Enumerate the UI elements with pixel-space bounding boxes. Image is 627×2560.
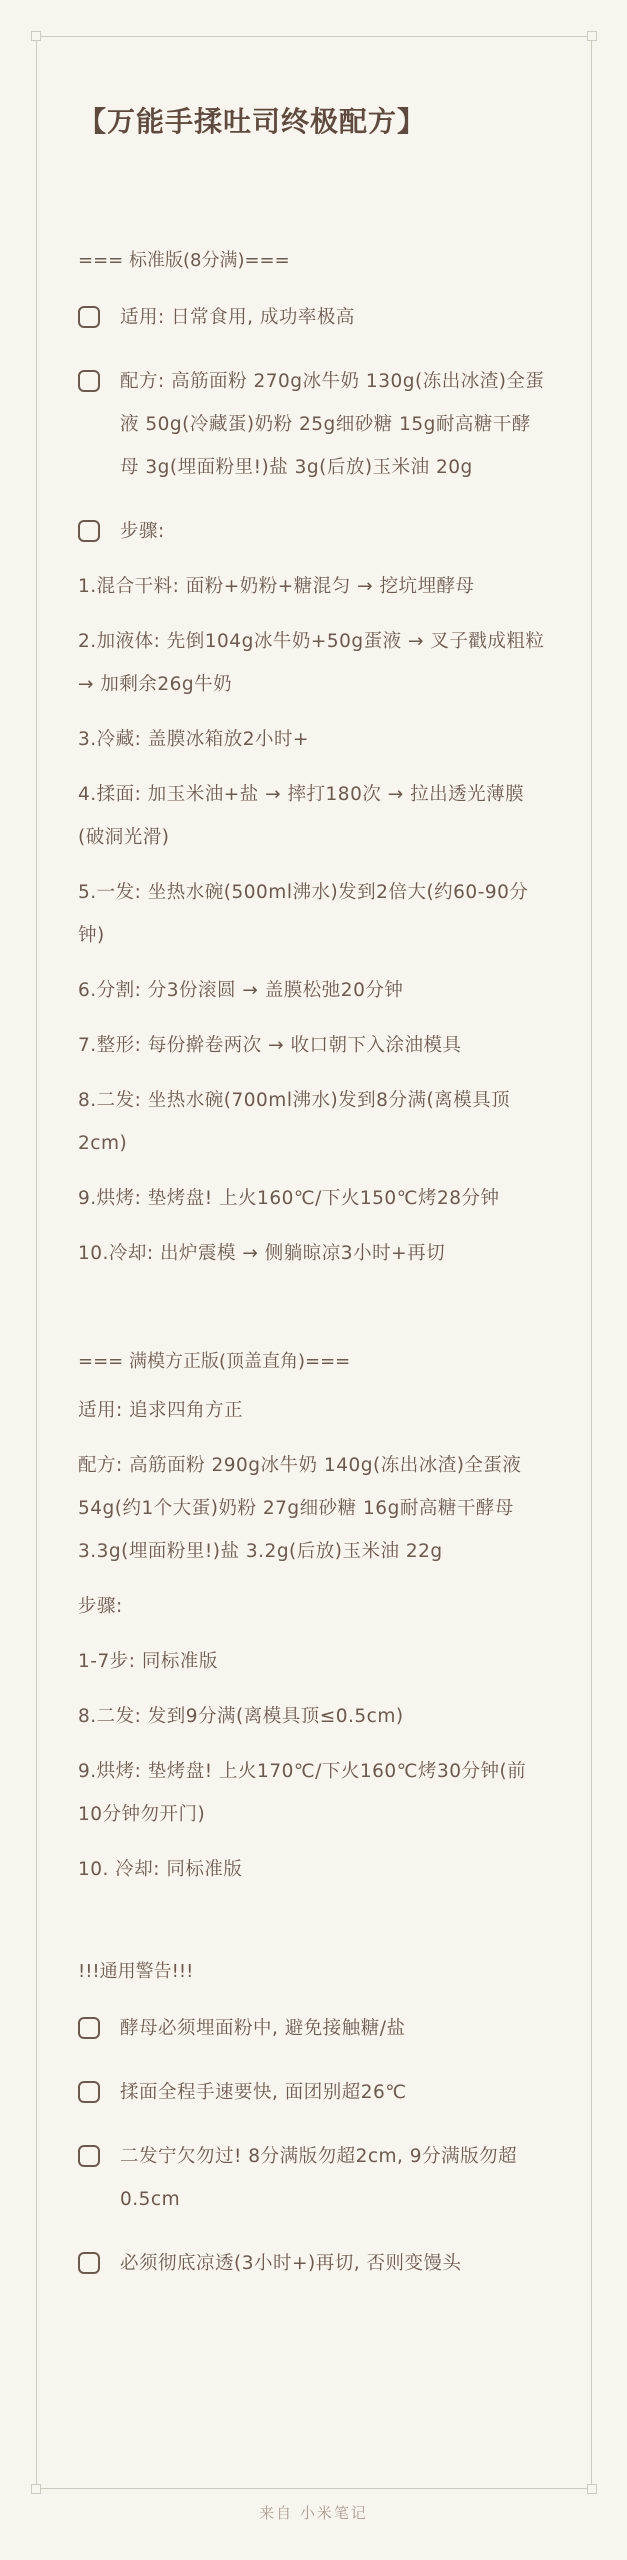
step-line: 10.冷却: 出炉震模 → 侧躺晾凉3小时+再切 — [78, 1232, 548, 1275]
step-line: 5.一发: 坐热水碗(500ml沸水)发到2倍大(约60-90分钟) — [78, 871, 548, 957]
note-title: 【万能手揉吐司终极配方】 — [78, 96, 548, 148]
checkbox[interactable] — [78, 2081, 100, 2103]
checklist-item: 配方: 高筋面粉 270g冰牛奶 130g(冻出冰渣)全蛋液 50g(冷藏蛋)奶… — [78, 360, 548, 489]
checklist-text: 必须彻底凉透(3小时+)再切, 否则变馒头 — [120, 2242, 548, 2285]
frame-corner-ornament — [31, 2484, 41, 2494]
step-line: 7.整形: 每份擀卷两次 → 收口朝下入涂油模具 — [78, 1024, 548, 1067]
checklist-text: 二发宁欠勿过! 8分满版勿超2cm, 9分满版勿超0.5cm — [120, 2135, 548, 2221]
note-content: 【万能手揉吐司终极配方】 === 标准版(8分满)=== 适用: 日常食用, 成… — [78, 96, 548, 2285]
checklist-text: 酵母必须埋面粉中, 避免接触糖/盐 — [120, 2007, 548, 2050]
checkbox[interactable] — [78, 306, 100, 328]
step-line: 4.揉面: 加玉米油+盐 → 摔打180次 → 拉出透光薄膜(破洞光滑) — [78, 773, 548, 859]
checklist-item: 适用: 日常食用, 成功率极高 — [78, 296, 548, 339]
recipe-line: 10. 冷却: 同标准版 — [78, 1848, 548, 1891]
recipe-line: 1-7步: 同标准版 — [78, 1640, 548, 1683]
checklist-text: 步骤: — [120, 510, 548, 553]
checklist-item: 必须彻底凉透(3小时+)再切, 否则变馒头 — [78, 2242, 548, 2285]
section-heading-standard: === 标准版(8分满)=== — [78, 246, 548, 276]
checklist-text: 配方: 高筋面粉 270g冰牛奶 130g(冻出冰渣)全蛋液 50g(冷藏蛋)奶… — [120, 360, 548, 489]
section-heading-full-mold: === 满模方正版(顶盖直角)=== — [78, 1347, 548, 1377]
checkbox[interactable] — [78, 2017, 100, 2039]
recipe-line: 9.烘烤: 垫烤盘! 上火170℃/下火160℃烤30分钟(前10分钟勿开门) — [78, 1750, 548, 1836]
step-line: 3.冷藏: 盖膜冰箱放2小时+ — [78, 718, 548, 761]
recipe-line: 适用: 追求四角方正 — [78, 1389, 548, 1432]
checklist-item: 酵母必须埋面粉中, 避免接触糖/盐 — [78, 2007, 548, 2050]
checklist-text: 揉面全程手速要快, 面团别超26℃ — [120, 2071, 548, 2114]
step-line: 9.烘烤: 垫烤盘! 上火160℃/下火150℃烤28分钟 — [78, 1177, 548, 1220]
checklist-item: 二发宁欠勿过! 8分满版勿超2cm, 9分满版勿超0.5cm — [78, 2135, 548, 2221]
recipe-line: 配方: 高筋面粉 290g冰牛奶 140g(冻出冰渣)全蛋液 54g(约1个大蛋… — [78, 1444, 548, 1573]
frame-corner-ornament — [31, 31, 41, 41]
step-line: 1.混合干料: 面粉+奶粉+糖混匀 → 挖坑埋酵母 — [78, 565, 548, 608]
section-heading-warnings: !!!通用警告!!! — [78, 1957, 548, 1987]
checklist-item: 揉面全程手速要快, 面团别超26℃ — [78, 2071, 548, 2114]
recipe-line: 步骤: — [78, 1585, 548, 1628]
recipe-line: 8.二发: 发到9分满(离模具顶≤0.5cm) — [78, 1695, 548, 1738]
checkbox[interactable] — [78, 520, 100, 542]
checklist-text: 适用: 日常食用, 成功率极高 — [120, 296, 548, 339]
step-line: 8.二发: 坐热水碗(700ml沸水)发到8分满(离模具顶2cm) — [78, 1079, 548, 1165]
checklist-item: 步骤: — [78, 510, 548, 553]
source-footer: 来自 小米笔记 — [0, 2502, 627, 2523]
frame-corner-ornament — [587, 31, 597, 41]
checkbox[interactable] — [78, 370, 100, 392]
checkbox[interactable] — [78, 2252, 100, 2274]
step-line: 2.加液体: 先倒104g冰牛奶+50g蛋液 → 叉子戳成粗粒 → 加剩余26g… — [78, 620, 548, 706]
checkbox[interactable] — [78, 2145, 100, 2167]
frame-corner-ornament — [587, 2484, 597, 2494]
step-line: 6.分割: 分3份滚圆 → 盖膜松弛20分钟 — [78, 969, 548, 1012]
